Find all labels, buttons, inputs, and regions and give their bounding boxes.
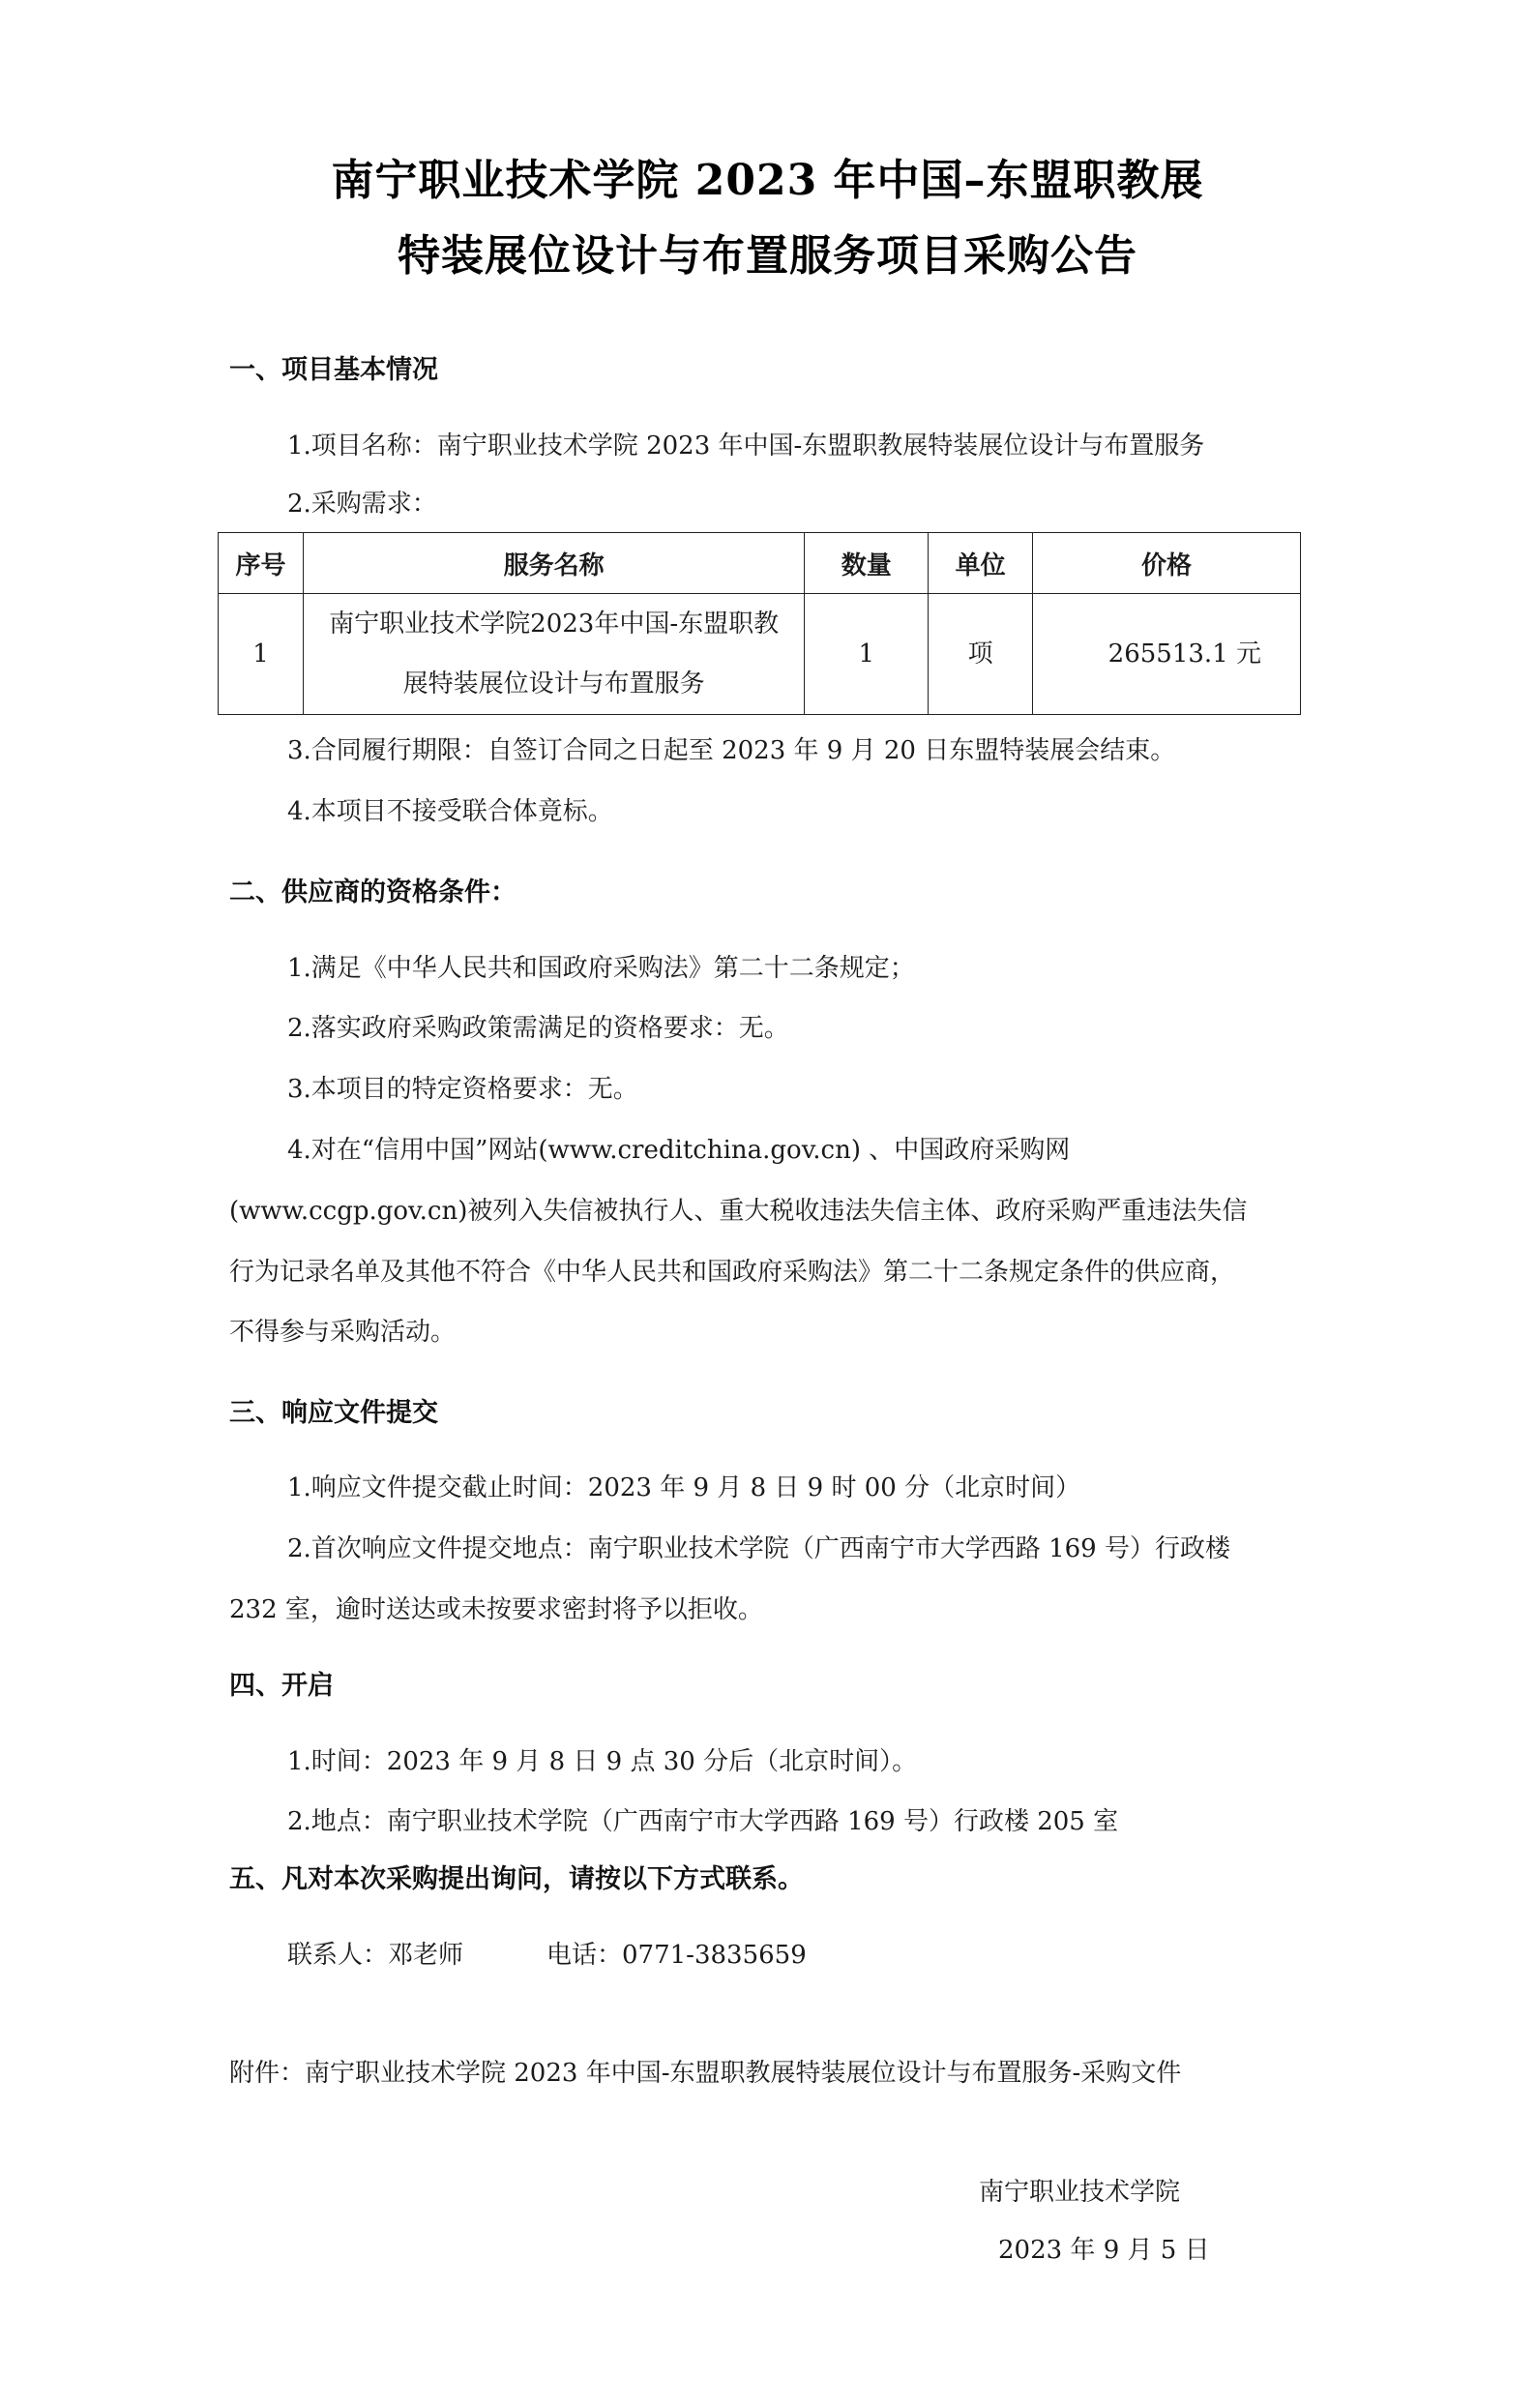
service-name-line-2: 展特装展位设计与布置服务 <box>304 654 804 714</box>
section-3-heading: 三、响应文件提交 <box>229 1391 438 1429</box>
section-1-item-1: 1.项目名称：南宁职业技术学院 2023 年中国-东盟职教展特装展位设计与布置服… <box>287 426 1204 461</box>
section-1-item-3: 3.合同履行期限：自签订合同之日起至 2023 年 9 月 20 日东盟特装展会… <box>287 730 1175 766</box>
document-page: 南宁职业技术学院 2023 年中国–东盟职教展 特装展位设计与布置服务项目采购公… <box>0 0 1535 2408</box>
title-line-1: 南宁职业技术学院 2023 年中国–东盟职教展 <box>0 145 1535 207</box>
section-3-item-2-line-2: 232 室，逾时送达或未按要求密封将予以拒收。 <box>229 1590 763 1625</box>
cell-no: 1 <box>219 594 304 715</box>
section-1-item-4: 4.本项目不接受联合体竟标。 <box>287 791 613 827</box>
header-no: 序号 <box>219 533 304 594</box>
section-3-item-1: 1.响应文件提交截止时间：2023 年 9 月 8 日 9 时 00 分（北京时… <box>287 1468 1080 1503</box>
signature-org: 南宁职业技术学院 <box>979 2172 1180 2208</box>
cell-quantity: 1 <box>805 594 929 715</box>
cell-price: 265513.1 元 <box>1033 594 1301 715</box>
section-4-item-1: 1.时间：2023 年 9 月 8 日 9 点 30 分后（北京时间）。 <box>287 1741 917 1777</box>
cell-unit: 项 <box>929 594 1033 715</box>
section-2-heading: 二、供应商的资格条件： <box>229 871 517 908</box>
table-row: 1 南宁职业技术学院2023年中国-东盟职教 展特装展位设计与布置服务 1 项 … <box>219 594 1301 715</box>
section-2-item-4-line-2: (www.ccgp.gov.cn)被列入失信被执行人、重大税收违法失信主体、政府… <box>229 1191 1247 1227</box>
header-price: 价格 <box>1033 533 1301 594</box>
section-2-item-4-line-3: 行为记录名单及其他不符合《中华人民共和国政府采购法》第二十二条规定条件的供应商， <box>229 1252 1235 1288</box>
section-5-heading: 五、凡对本次采购提出询问，请按以下方式联系。 <box>229 1858 804 1895</box>
signature-date: 2023 年 9 月 5 日 <box>998 2230 1210 2266</box>
service-name-line-1: 南宁职业技术学院2023年中国-东盟职教 <box>304 594 804 654</box>
procurement-table: 序号 服务名称 数量 单位 价格 1 南宁职业技术学院2023年中国-东盟职教 … <box>218 532 1301 715</box>
contact-person: 联系人：邓老师 <box>287 1935 463 1971</box>
section-1-item-2: 2.采购需求： <box>287 484 437 520</box>
header-quantity: 数量 <box>805 533 929 594</box>
section-2-item-4-line-4: 不得参与采购活动。 <box>229 1312 456 1348</box>
section-3-item-2-line-1: 2.首次响应文件提交地点：南宁职业技术学院（广西南宁市大学西路 169 号）行政… <box>287 1529 1230 1564</box>
cell-service-name: 南宁职业技术学院2023年中国-东盟职教 展特装展位设计与布置服务 <box>303 594 804 715</box>
section-2-item-4-line-1: 4.对在“信用中国”网站(www.creditchina.gov.cn) 、中国… <box>287 1130 1070 1166</box>
header-service-name: 服务名称 <box>303 533 804 594</box>
header-unit: 单位 <box>929 533 1033 594</box>
contact-phone: 电话：0771-3835659 <box>546 1935 807 1971</box>
title-line-2: 特装展位设计与布置服务项目采购公告 <box>0 221 1535 282</box>
attachment-note: 附件：南宁职业技术学院 2023 年中国-东盟职教展特装展位设计与布置服务-采购… <box>229 2053 1181 2089</box>
section-2-item-1: 1.满足《中华人民共和国政府采购法》第二十二条规定； <box>287 948 915 984</box>
section-4-item-2: 2.地点：南宁职业技术学院（广西南宁市大学西路 169 号）行政楼 205 室 <box>287 1801 1118 1837</box>
section-1-heading: 一、项目基本情况 <box>229 348 438 386</box>
table-header-row: 序号 服务名称 数量 单位 价格 <box>219 533 1301 594</box>
section-2-item-3: 3.本项目的特定资格要求：无。 <box>287 1069 638 1105</box>
section-4-heading: 四、开启 <box>229 1664 334 1702</box>
section-2-item-2: 2.落实政府采购政策需满足的资格要求：无。 <box>287 1008 789 1044</box>
